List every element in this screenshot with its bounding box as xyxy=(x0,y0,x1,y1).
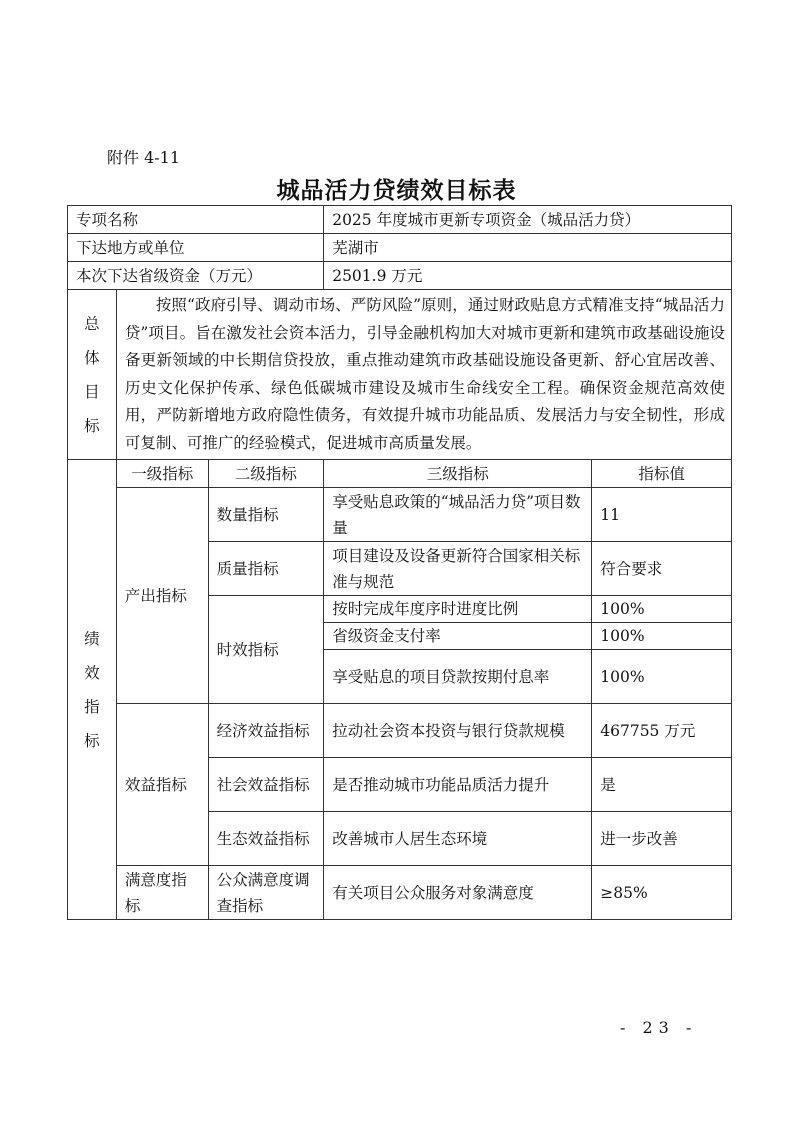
info-label: 本次下达省级资金（万元） xyxy=(68,262,324,290)
value-cell: 100% xyxy=(592,650,732,704)
header-level1: 一级指标 xyxy=(116,460,208,488)
info-value: 芜湖市 xyxy=(324,234,732,262)
value-cell: 是 xyxy=(592,758,732,812)
overall-goal-row: 总 体 目 标 按照“政府引导、调动市场、严防风险”原则，通过财政贴息方式精准支… xyxy=(68,290,732,460)
level1-cell: 满意度指标 xyxy=(116,866,208,920)
value-cell: 100% xyxy=(592,596,732,623)
info-row: 本次下达省级资金（万元） 2501.9 万元 xyxy=(68,262,732,290)
value-cell: 467755 万元 xyxy=(592,704,732,758)
label-char: 绩 xyxy=(68,622,116,656)
level3-cell: 享受贴息的项目贷款按期付息率 xyxy=(324,650,592,704)
attachment-label: 附件 4-11 xyxy=(107,145,180,168)
table-row: 满意度指标 公众满意度调查指标 有关项目公众服务对象满意度 ≥85% xyxy=(68,866,732,920)
performance-target-table: 专项名称 2025 年度城市更新专项资金（城品活力贷） 下达地方或单位 芜湖市 … xyxy=(67,205,732,920)
level2-cell: 公众满意度调查指标 xyxy=(208,866,324,920)
level1-cell: 产出指标 xyxy=(116,488,208,704)
header-value: 指标值 xyxy=(592,460,732,488)
level2-cell: 经济效益指标 xyxy=(208,704,324,758)
page-number: - 23 - xyxy=(620,1018,697,1037)
level3-cell: 按时完成年度序时进度比例 xyxy=(324,596,592,623)
level2-cell: 数量指标 xyxy=(208,488,324,542)
header-level2: 二级指标 xyxy=(208,460,324,488)
table-row: 产出指标 数量指标 享受贴息政策的“城品活力贷”项目数量 11 xyxy=(68,488,732,542)
level2-cell: 质量指标 xyxy=(208,542,324,596)
label-char: 目 xyxy=(68,375,116,409)
value-cell: 100% xyxy=(592,623,732,650)
level2-cell: 时效指标 xyxy=(208,596,324,704)
label-char: 体 xyxy=(68,341,116,375)
label-char: 指 xyxy=(68,690,116,724)
info-value: 2025 年度城市更新专项资金（城品活力贷） xyxy=(324,206,732,234)
info-row: 专项名称 2025 年度城市更新专项资金（城品活力贷） xyxy=(68,206,732,234)
header-level3: 三级指标 xyxy=(324,460,592,488)
table-row: 效益指标 经济效益指标 拉动社会资本投资与银行贷款规模 467755 万元 xyxy=(68,704,732,758)
label-char: 总 xyxy=(68,307,116,341)
performance-label: 绩 效 指 标 xyxy=(68,460,117,920)
level1-cell: 效益指标 xyxy=(116,704,208,866)
level3-cell: 拉动社会资本投资与银行贷款规模 xyxy=(324,704,592,758)
level3-cell: 改善城市人居生态环境 xyxy=(324,812,592,866)
header-row: 绩 效 指 标 一级指标 二级指标 三级指标 指标值 xyxy=(68,460,732,488)
value-cell: 符合要求 xyxy=(592,542,732,596)
value-cell: 进一步改善 xyxy=(592,812,732,866)
value-cell: 11 xyxy=(592,488,732,542)
level3-cell: 是否推动城市功能品质活力提升 xyxy=(324,758,592,812)
overall-goal-text: 按照“政府引导、调动市场、严防风险”原则，通过财政贴息方式精准支持“城品活力贷”… xyxy=(116,290,731,460)
level3-cell: 省级资金支付率 xyxy=(324,623,592,650)
value-cell: ≥85% xyxy=(592,866,732,920)
document-title: 城品活力贷绩效目标表 xyxy=(0,172,793,205)
label-char: 标 xyxy=(68,409,116,443)
info-value: 2501.9 万元 xyxy=(324,262,732,290)
info-label: 下达地方或单位 xyxy=(68,234,324,262)
level3-cell: 项目建设及设备更新符合国家相关标准与规范 xyxy=(324,542,592,596)
info-label: 专项名称 xyxy=(68,206,324,234)
level2-cell: 社会效益指标 xyxy=(208,758,324,812)
level2-cell: 生态效益指标 xyxy=(208,812,324,866)
label-char: 标 xyxy=(68,724,116,758)
label-char: 效 xyxy=(68,656,116,690)
overall-goal-label: 总 体 目 标 xyxy=(68,290,117,460)
info-row: 下达地方或单位 芜湖市 xyxy=(68,234,732,262)
level3-cell: 有关项目公众服务对象满意度 xyxy=(324,866,592,920)
level3-cell: 享受贴息政策的“城品活力贷”项目数量 xyxy=(324,488,592,542)
